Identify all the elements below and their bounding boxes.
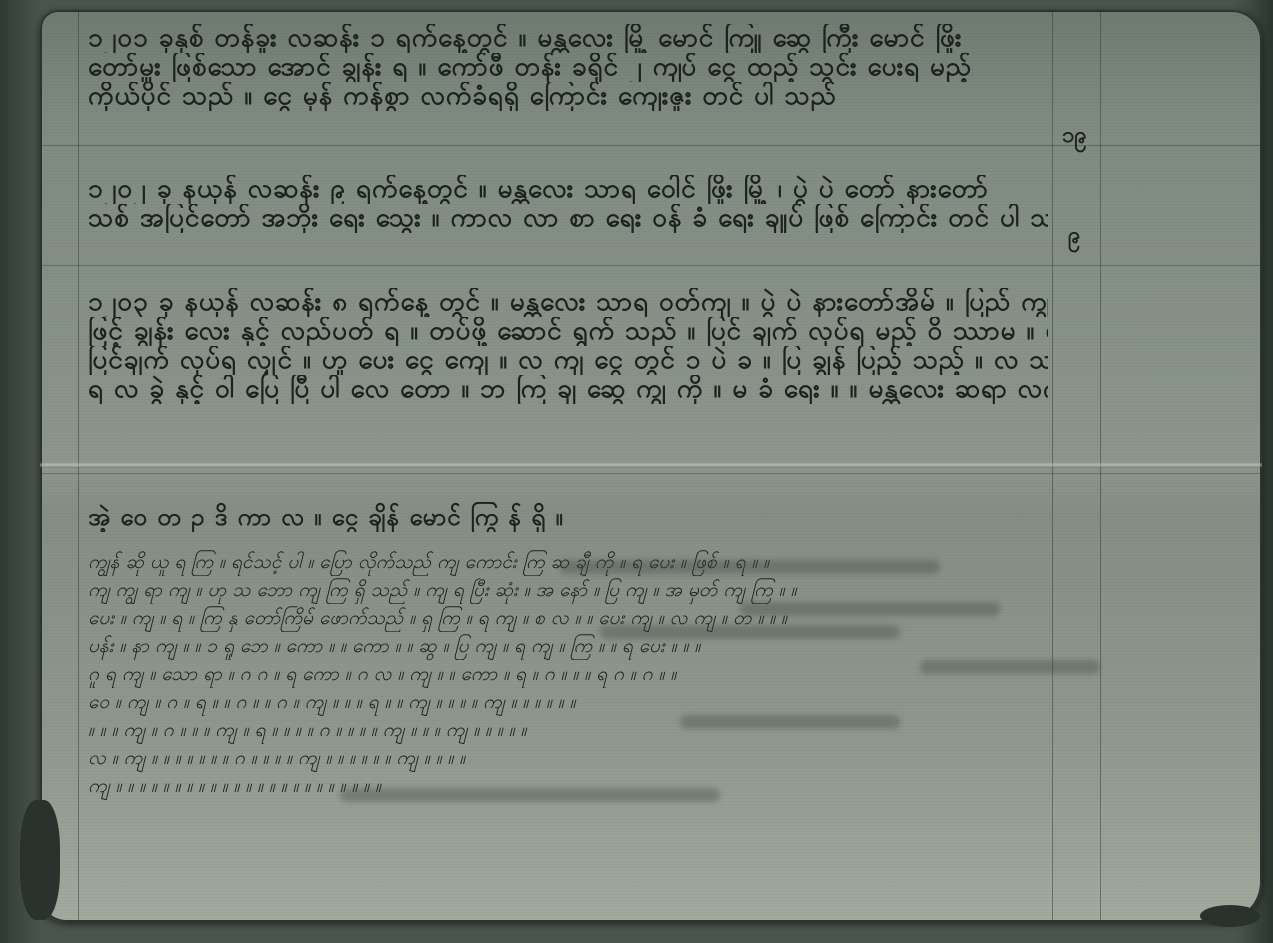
entry-4-heading-wrap: အဲ့ ဝေ တ ဥ ဒိ ကာ လ ။ ငွေ ချိန် မောင် ကြွ…: [88, 502, 1048, 532]
torn-edge: [20, 800, 60, 920]
entry-divider-2: [40, 265, 1262, 266]
smudge: [560, 560, 940, 574]
cursive-line-7: ။ ။ ။ ကျ ။ ဂ ။ ။ ။ ကျ ။ ရ ။ ။ ။ ။ ဂ ။ ။ …: [88, 716, 1238, 744]
smudge: [340, 788, 720, 802]
entry-2-margin-number: ၉: [1068, 220, 1080, 253]
fold-line: [40, 473, 1262, 474]
entry-1-line-3: ကိုယ်ပိုင် သည် ။ ငွေ မှန် ကန်စွာ လက်ခံရရ…: [88, 82, 1048, 111]
entry-3-line-4: ရ လ ခွဲ နှင့် ဝါ ပြေ ပြီ ပါ လေ တော ။ ဘ က…: [88, 375, 1048, 404]
entry-4-heading: အဲ့ ဝေ တ ဥ ဒိ ကာ လ ။ ငွေ ချိန် မောင် ကြွ…: [88, 502, 1048, 532]
entry-1-line-2: တော်မှူး ဖြစ်သော အောင် ချွန်း ရ ။ ကော်ဖီ…: [88, 53, 1048, 82]
entry-1-line-1: ၁၂၀၁ ခုနှစ် တန်ခူး လဆန်း ၁ ရက်နေ့တွင် ။ …: [88, 24, 1048, 53]
smudge: [680, 715, 900, 729]
entry-3-line-2: ဖြင့် ချွန်း လေး နှင့် လည်ပတ် ရ ။ တပ်ဖို…: [88, 317, 1048, 346]
manuscript-page: ၁၂၀၁ ခုနှစ် တန်ခူး လဆန်း ၁ ရက်နေ့တွင် ။ …: [40, 10, 1262, 922]
entry-2-line-1: ၁၂၀၂ ခု နယုန် လဆန်း ၉ ရက်နေ့တွင် ။ မန္တလ…: [88, 175, 1048, 204]
margin-rule-left: [78, 10, 79, 922]
cursive-line-2: ကျ ကျွ ရာ ကျ ။ ဟု သ ဘော ကျ ကြ ရှိ သည် ။ …: [88, 576, 1238, 604]
smudge: [600, 625, 900, 639]
entry-2: ၁၂၀၂ ခု နယုန် လဆန်း ၉ ရက်နေ့တွင် ။ မန္တလ…: [88, 175, 1048, 233]
cursive-line-8: လ ။ ကျ ။ ။ ။ ။ ။ ။ ။ ဂ ။ ။ ။ ။ ကျ ။ ။ ။ …: [88, 744, 1238, 772]
smudge: [740, 602, 1000, 616]
corner-stain: [1200, 905, 1260, 927]
smudge: [920, 660, 1100, 674]
entry-4-cursive-block: ကျွန် ဆို ယူ ရ ကြ ။ ရင်သင့် ပါ ။ ပြော လိ…: [88, 548, 1238, 800]
entry-3: ၁၂၀၃ ခု နယုန် လဆန်း ၈ ရက်နေ့ တွင် ။ မန္တ…: [88, 288, 1048, 404]
entry-3-line-3: ပြင်ချက် လုပ်ရ လျှင် ။ ဟူ ပေး ငွေ ကျေ ။ …: [88, 346, 1048, 375]
entry-2-line-2: သစ် အပြင်တော် အဘိုး ရေး သွေး ။ ကာလ လာ စာ…: [88, 204, 1048, 233]
entry-3-line-1: ၁၂၀၃ ခု နယုန် လဆန်း ၈ ရက်နေ့ တွင် ။ မန္တ…: [88, 288, 1048, 317]
entry-1-margin-number: ၁၉: [1062, 120, 1087, 153]
manuscript-photo: ၁၂၀၁ ခုနှစ် တန်ခူး လဆန်း ၁ ရက်နေ့တွင် ။ …: [0, 0, 1273, 943]
cursive-line-6: ဝေ ။ ကျ ။ ဂ ။ ရ ။ ။ ဂ ။ ။ ဂ ။ ကျ ။ ။ ။ ရ…: [88, 688, 1238, 716]
entry-1: ၁၂၀၁ ခုနှစ် တန်ခူး လဆန်း ၁ ရက်နေ့တွင် ။ …: [88, 24, 1048, 111]
